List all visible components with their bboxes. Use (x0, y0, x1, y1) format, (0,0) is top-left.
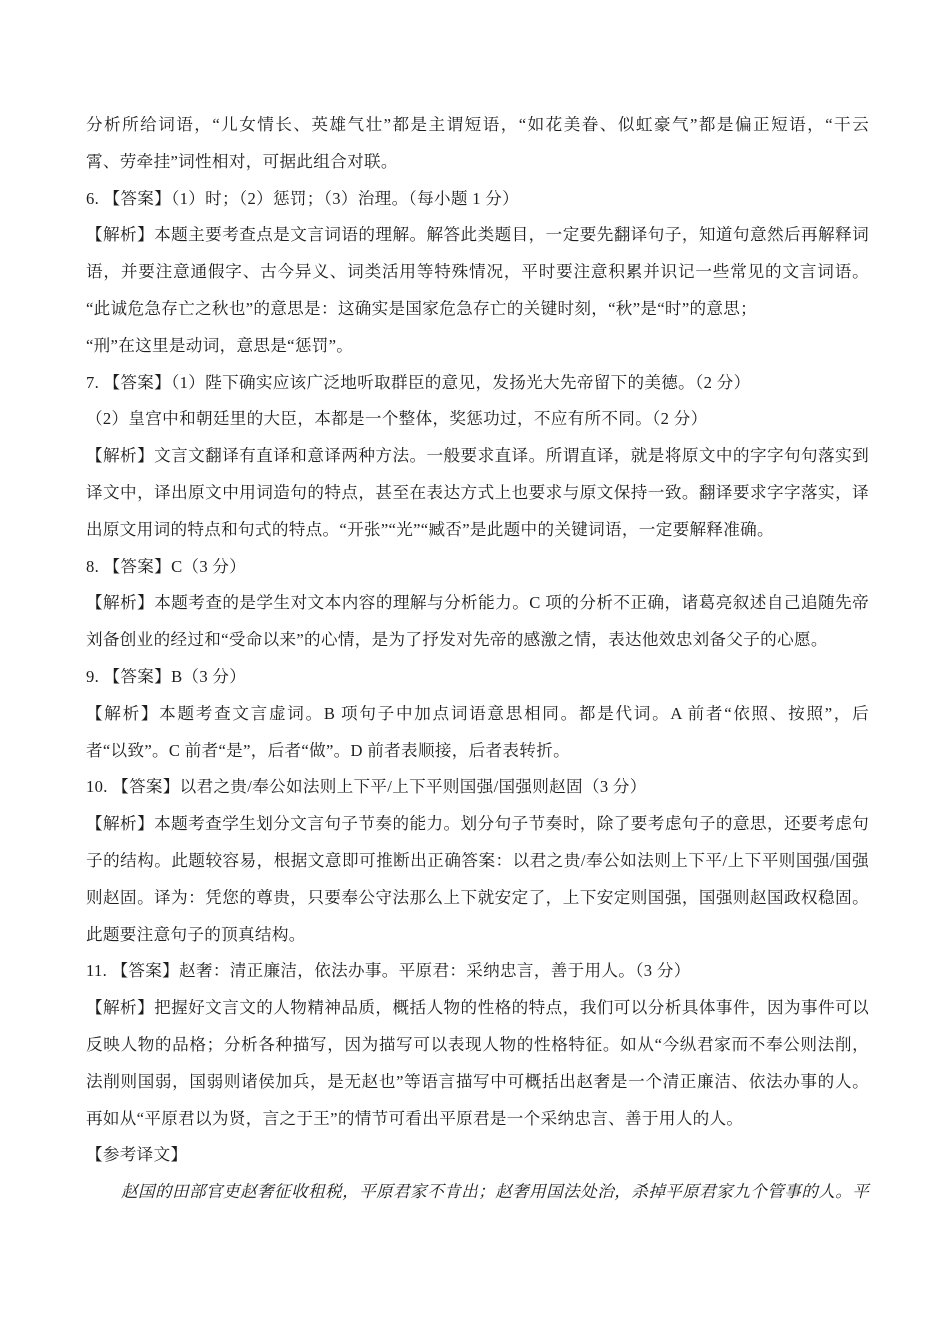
text-line: 反映人物的品格；分析各种描写，因为描写可以表现人物的性格特征。如从“今纵君家而不… (86, 1027, 869, 1064)
text-line: 8. 【答案】C（3 分） (86, 549, 869, 586)
text-line: 再如从“平原君以为贤，言之于王”的情节可看出平原君是一个采纳忠言、善于用人的人。 (86, 1101, 869, 1138)
text-line: 语，并要注意通假字、古今异义、词类活用等特殊情况，平时要注意积累并识记一些常见的… (86, 254, 869, 291)
text-line: 法削则国弱，国弱则诸侯加兵，是无赵也”等语言描写中可概括出赵奢是一个清正廉洁、依… (86, 1064, 869, 1101)
text-line: 则赵固。译为：凭您的尊贵，只要奉公守法那么上下就安定了，上下安定则国强，国强则赵… (86, 880, 869, 917)
text-line: 刘备创业的经过和“受命以来”的心情，是为了抒发对先帝的感激之情，表达他效忠刘备父… (86, 622, 869, 659)
text-line: 11. 【答案】赵奢：清正廉洁，依法办事。平原君：采纳忠言，善于用人。（3 分） (86, 953, 869, 990)
text-line: 【解析】把握好文言文的人物精神品质，概括人物的性格的特点，我们可以分析具体事件，… (86, 990, 869, 1027)
text-line: “刑”在这里是动词，意思是“惩罚”。 (86, 328, 869, 365)
text-line: 9. 【答案】B（3 分） (86, 659, 869, 696)
text-line: 【解析】本题考查文言虚词。B 项句子中加点词语意思相同。都是代词。A 前者“依照… (86, 696, 869, 733)
text-line: 者“以致”。C 前者“是”，后者“做”。D 前者表顺接，后者表转折。 (86, 733, 869, 770)
text-line: 10. 【答案】以君之贵/奉公如法则上下平/上下平则国强/国强则赵固（3 分） (86, 769, 869, 806)
text-line: “此诚危急存亡之秋也”的意思是：这确实是国家危急存亡的关键时刻，“秋”是“时”的… (86, 291, 869, 328)
text-line: 7. 【答案】（1）陛下确实应该广泛地听取群臣的意见，发扬光大先帝留下的美德。（… (86, 365, 869, 402)
text-line: 此题要注意句子的顶真结构。 (86, 917, 869, 954)
text-line: 赵国的田部官吏赵奢征收租税，平原君家不肯出；赵奢用国法处治，杀掉平原君家九个管事… (86, 1174, 869, 1211)
text-line: 译文中，译出原文中用词造句的特点，甚至在表达方式上也要求与原文保持一致。翻译要求… (86, 475, 869, 512)
text-line: 【参考译文】 (86, 1137, 869, 1174)
text-line: 子的结构。此题较容易，根据文意即可推断出正确答案：以君之贵/奉公如法则上下平/上… (86, 843, 869, 880)
text-line: 出原文用词的特点和句式的特点。“开张”“光”“臧否”是此题中的关键词语，一定要解… (86, 512, 869, 549)
text-line: 【解析】本题主要考查点是文言词语的理解。解答此类题目，一定要先翻译句子，知道句意… (86, 217, 869, 254)
text-line: 分析所给词语，“儿女情长、英雄气壮”都是主谓短语，“如花美眷、似虹豪气”都是偏正… (86, 107, 869, 144)
text-line: （2）皇宫中和朝廷里的大臣，本都是一个整体，奖惩功过，不应有所不同。（2 分） (86, 401, 869, 438)
text-line: 霄、劳牵挂”词性相对，可据此组合对联。 (86, 144, 869, 181)
text-line: 【解析】本题考查学生划分文言句子节奏的能力。划分句子节奏时，除了要考虑句子的意思… (86, 806, 869, 843)
text-line: 【解析】文言文翻译有直译和意译两种方法。一般要求直译。所谓直译，就是将原文中的字… (86, 438, 869, 475)
answer-key-body: 分析所给词语，“儿女情长、英雄气壮”都是主谓短语，“如花美眷、似虹豪气”都是偏正… (86, 107, 869, 1211)
text-line: 6. 【答案】（1）时；（2）惩罚；（3）治理。（每小题 1 分） (86, 181, 869, 218)
text-line: 【解析】本题考查的是学生对文本内容的理解与分析能力。C 项的分析不正确，诸葛亮叙… (86, 585, 869, 622)
document-page: 分析所给词语，“儿女情长、英雄气壮”都是主谓短语，“如花美眷、似虹豪气”都是偏正… (0, 0, 950, 1344)
